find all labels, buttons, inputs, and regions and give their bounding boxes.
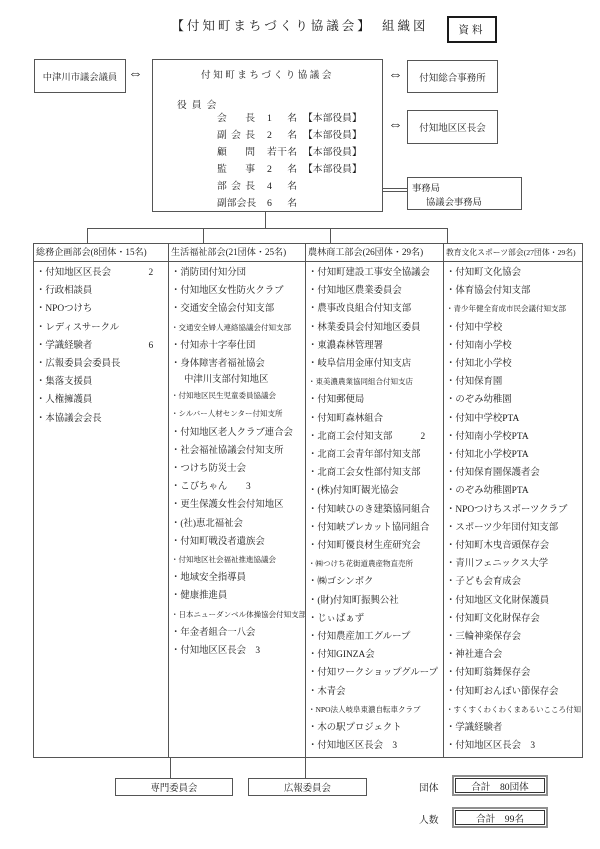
board-roster-row: 部会長4名 [217,178,362,195]
member-organization: ・付知町文化財保存会 [446,610,582,628]
member-organization: ・付知町翁舞保存会 [446,664,582,682]
roster-count: 2名 [267,127,297,144]
board-roster-row: 顧問若干名【本部役員】 [217,144,362,161]
member-organization: ・付知地区農業委員会 [308,282,443,300]
member-organization: 中津川支部付知地区 [171,373,305,387]
member-organization: ・岐阜信用金庫付知支店 [308,355,443,373]
member-organization: ・付知町おんぼい節保存会 [446,683,582,701]
connector-line [87,228,448,229]
page-title: 【付知町まちづくり協議会】 組織図 [0,16,600,34]
member-organization: ・付知地区老人クラブ連合会 [171,424,305,442]
connector-line [203,228,204,244]
council-box: 付知町まちづくり協議会 役員会 会長1名【本部役員】副会長2名【本部役員】顧問若… [152,59,383,212]
member-organization: ・付知地区文化財保護員 [446,592,582,610]
general-office-label: 付知総合事務所 [419,70,486,84]
member-organization: ・のぞみ幼稚園 [446,391,582,409]
roster-tag: 【本部役員】 [303,130,362,141]
member-organization: ・付知北小学校 [446,355,582,373]
roster-role: 副会長 [217,127,255,144]
connector-line [170,757,171,778]
member-organization: ・学識経験者 [446,719,582,737]
department-header: 生活福祉部会(21団体・25名) [169,244,305,262]
roster-count: 2名 [267,161,297,178]
board-roster-row: 監事2名【本部役員】 [217,161,362,178]
member-organization: ・付知町木曳音頭保存会 [446,537,582,555]
member-organization: ・付知中学校 [446,319,582,337]
member-organization: ・青川フェニックス大学 [446,555,582,573]
department-header: 教育文化スポーツ部会(27団体・29名) [444,244,582,262]
roster-tag: 【本部役員】 [303,164,362,175]
member-organization: ・子ども会育成会 [446,573,582,591]
member-organization: ・付知峡プレカット協同組合 [308,519,443,537]
city-assembly-label: 中津川市議会議員 [43,69,117,83]
board-roster-row: 副部会長6名 [217,195,362,212]
member-organization: ・付知GINZA会 [308,646,443,664]
roster-role: 副部会長 [217,195,255,212]
connector-line [87,228,88,244]
department-member-list: ・付知地区区長会 2・行政相談員・NPOつけち・レディスサークル・学識経験者 6… [34,262,168,428]
member-organization: ・東美濃農業協同組合付知支店 [308,373,443,391]
secretariat-subtitle: 協議会事務局 [412,194,517,208]
member-organization: ・交通安全協会付知支部 [171,300,305,318]
special-committee-box: 専門委員会 [115,778,233,796]
member-organization: ・付知町建設工事安全協議会 [308,264,443,282]
roster-count: 4名 [267,178,297,195]
member-organization: ・付知地区区長会 3 [171,642,305,660]
member-organization: ・付知北小学校PTA [446,446,582,464]
council-name: 付知町まちづくり協議会 [153,67,382,81]
member-organization: ・じぃばぁず [308,610,443,628]
roster-count: 1名 [267,110,297,127]
member-organization: ・付知峡ひのき建築協同組合 [308,501,443,519]
member-organization: ・スポーツ少年団付知支部 [446,519,582,537]
member-organization: ・日本ニューダンベル体操協会付知支部 [171,606,305,624]
groups-total-box: 合計 80団体 [452,775,548,796]
member-organization: ・すくすくわくわくまあるいこころ付知 [446,701,582,719]
double-arrow-icon: ⇔ [388,68,403,83]
member-organization: ・体育協会付知支部 [446,282,582,300]
pr-committee-label: 広報委員会 [284,780,331,794]
member-organization: ・付知地区区長会 3 [446,737,582,755]
roster-count: 若干名 [267,144,297,161]
roster-role: 部会長 [217,178,255,195]
member-organization: ・付知地区社会福祉推進協議会 [171,551,305,569]
department-header: 総務企画部会(8団体・15名) [34,244,168,262]
connector-line [447,228,448,244]
connector-line [265,212,266,228]
double-arrow-icon: ⇔ [128,67,143,82]
member-organization: ・社会福祉協議会付知支所 [171,442,305,460]
member-organization: ・NPOつけちスポーツクラブ [446,501,582,519]
member-organization: ・東濃森林管理署 [308,337,443,355]
member-organization: ・北商工会付知支部 2 [308,428,443,446]
member-organization: ・交通安全婦人連絡協議会付知支部 [171,319,305,337]
member-organization: ・付知南小学校PTA [446,428,582,446]
member-organization: ・のぞみ幼稚園PTA [446,482,582,500]
member-organization: ・シルバー人材センター付知支所 [171,405,305,423]
member-organization: ・付知町戦没者遺族会 [171,533,305,551]
member-organization: ・更生保護女性会付知地区 [171,496,305,514]
member-organization: ・行政相談員 [36,282,168,300]
roster-role: 顧問 [217,144,255,161]
district-heads-box: 付知地区区長会 [407,110,498,144]
departments-table: 総務企画部会(8団体・15名)・付知地区区長会 2・行政相談員・NPOつけち・レ… [33,243,583,758]
roster-role: 会長 [217,110,255,127]
member-organization: ・北商工会青年部付知支部 [308,446,443,464]
department-column-3: 農林商工部会(26団体・29名)・付知町建設工事安全協議会・付知地区農業委員会・… [306,244,444,757]
member-organization: ・学識経験者 6 [36,337,168,355]
member-organization: ・集落支援員 [36,373,168,391]
secretariat-title: 事務局 [412,180,517,194]
member-organization: ・地域安全指導員 [171,569,305,587]
reference-badge: 資料 [447,16,497,43]
member-organization: ・付知地区区長会 3 [308,737,443,755]
member-organization: ・付知ワークショップグループ [308,664,443,682]
connector-line [330,228,331,244]
city-assembly-box: 中津川市議会議員 [34,59,126,93]
member-organization: ・付知町優良材生産研究会 [308,537,443,555]
secretariat-box: 事務局 協議会事務局 [407,177,522,210]
roster-tag: 【本部役員】 [303,113,362,124]
member-organization: ・本協議会会長 [36,410,168,428]
member-organization: ・青少年健全育成市民会議付知支部 [446,300,582,318]
member-organization: ・神社連合会 [446,646,582,664]
department-column-1: 総務企画部会(8団体・15名)・付知地区区長会 2・行政相談員・NPOつけち・レ… [34,244,169,757]
member-organization: ・付知保育園保護者会 [446,464,582,482]
member-organization: ・レディスサークル [36,319,168,337]
department-column-4: 教育文化スポーツ部会(27団体・29名)・付知町文化協会・体育協会付知支部・青少… [444,244,582,757]
department-column-2: 生活福祉部会(21団体・25名)・消防団付知分団・付知地区女性防火クラブ・交通安… [169,244,306,757]
department-member-list: ・付知町建設工事安全協議会・付知地区農業委員会・農事改良組合付知支部・林業委員会… [306,262,443,755]
member-organization: ・付知地区民生児童委員協議会 [171,387,305,405]
roster-role: 監事 [217,161,255,178]
department-member-list: ・消防団付知分団・付知地区女性防火クラブ・交通安全協会付知支部・交通安全婦人連絡… [169,262,305,660]
member-organization: ・(株)付知町観光協会 [308,482,443,500]
member-organization: ・つけち防災士会 [171,460,305,478]
board-roster: 会長1名【本部役員】副会長2名【本部役員】顧問若干名【本部役員】監事2名【本部役… [217,110,362,212]
member-organization: ・付知農産加工グループ [308,628,443,646]
member-organization: ・(社)恵北福祉会 [171,515,305,533]
board-roster-row: 会長1名【本部役員】 [217,110,362,127]
general-office-box: 付知総合事務所 [407,60,498,93]
member-organization: ・木の駅プロジェクト [308,719,443,737]
member-organization: ・付知南小学校 [446,337,582,355]
member-organization: ・健康推進員 [171,587,305,605]
member-organization: ・付知町森林組合 [308,410,443,428]
board-roster-row: 副会長2名【本部役員】 [217,127,362,144]
member-organization: ・年金者組合一八会 [171,624,305,642]
groups-total-label: 団体 [419,780,439,794]
secretariat-connector-line [382,188,408,192]
member-organization: ・付知郵便局 [308,391,443,409]
member-organization: ・農事改良組合付知支部 [308,300,443,318]
member-organization: ・(財)付知町振興公社 [308,592,443,610]
people-total-box: 合計 99名 [452,807,548,828]
member-organization: ・付知赤十字奉仕団 [171,337,305,355]
special-committee-label: 専門委員会 [151,780,198,794]
board-title: 役員会 [177,97,221,111]
member-organization: ・こびちゃん 3 [171,478,305,496]
member-organization: ・付知地区区長会 2 [36,264,168,282]
people-total-value: 合計 99名 [455,810,545,825]
org-chart-page: 【付知町まちづくり協議会】 組織図 資料 中津川市議会議員 ⇔ 付知町まちづくり… [0,0,600,849]
member-organization: ・NPOつけち [36,300,168,318]
department-member-list: ・付知町文化協会・体育協会付知支部・青少年健全育成市民会議付知支部・付知中学校・… [444,262,582,755]
double-arrow-icon: ⇔ [388,118,403,133]
member-organization: ・NPO法人岐阜東濃自転車クラブ [308,701,443,719]
member-organization: ・㈱つけち花街道農産物直売所 [308,555,443,573]
people-total-label: 人数 [419,812,439,826]
member-organization: ・北商工会女性部付知支部 [308,464,443,482]
reference-badge-label: 資料 [459,22,486,37]
member-organization: ・三輪神楽保存会 [446,628,582,646]
connector-line [305,757,306,778]
member-organization: ・付知地区女性防火クラブ [171,282,305,300]
roster-tag: 【本部役員】 [303,147,362,158]
member-organization: ・人権擁護員 [36,391,168,409]
district-heads-label: 付知地区区長会 [419,120,486,134]
member-organization: ・木青会 [308,683,443,701]
member-organization: ・付知保育園 [446,373,582,391]
member-organization: ・付知町文化協会 [446,264,582,282]
member-organization: ・林業委員会付知地区委員 [308,319,443,337]
pr-committee-box: 広報委員会 [248,778,367,796]
groups-total-value: 合計 80団体 [455,778,545,793]
member-organization: ・広報委員会委員長 [36,355,168,373]
department-header: 農林商工部会(26団体・29名) [306,244,443,262]
member-organization: ・付知中学校PTA [446,410,582,428]
member-organization: ・㈱ゴシンボク [308,573,443,591]
roster-count: 6名 [267,195,297,212]
member-organization: ・身体障害者福祉協会 [171,355,305,373]
member-organization: ・消防団付知分団 [171,264,305,282]
